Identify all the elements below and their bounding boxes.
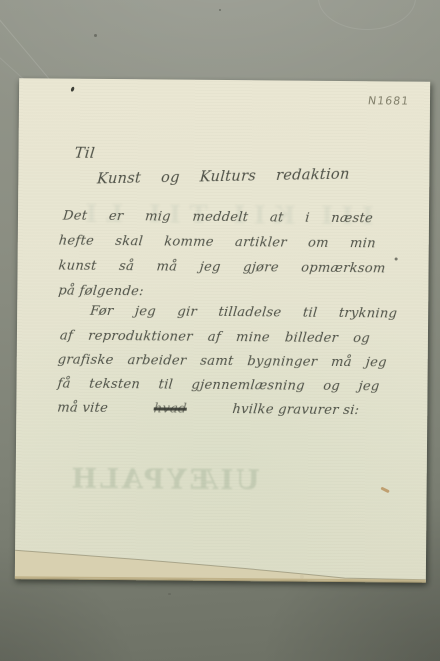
handwritten-line: kunst så må jeg gjøre opmærksom	[58, 259, 386, 277]
handwritten-letter-text: Til Kunst og Kulturs redaktion Det er mi…	[19, 78, 430, 82]
handwritten-line: Før jeg gir tilladelse til trykning	[89, 304, 397, 322]
salutation-line: Til	[74, 144, 96, 162]
rust-stain	[380, 487, 389, 494]
dust-speck	[219, 9, 221, 11]
handwritten-line: på følgende:	[58, 284, 145, 300]
background-crease	[318, 0, 416, 30]
line-segment: må vite	[57, 401, 109, 416]
line-segment: hvilke gravurer si:	[232, 402, 360, 418]
scan-background: III KII TII LI UIÆYPALH N1681 Til Kunst …	[0, 0, 440, 661]
handwritten-line: hefte skal komme artikler om min	[58, 234, 376, 252]
handwritten-line: grafiske arbeider samt bygninger må jeg	[57, 353, 387, 371]
ink-speck	[395, 257, 398, 260]
ink-speck	[70, 86, 75, 92]
handwritten-line: få teksten til gjennemlæsning og jeg	[57, 377, 380, 395]
dust-speck	[168, 593, 171, 595]
struck-word: hvad	[153, 401, 187, 416]
showthrough-mirrored-text-lower: UIÆYPALH	[22, 463, 260, 496]
recipient-line: Kunst og Kulturs redaktion	[97, 167, 351, 188]
paper-fold-crease	[15, 536, 426, 582]
letter-paper: III KII TII LI UIÆYPALH N1681 Til Kunst …	[15, 78, 430, 583]
handwritten-line: Det er mig meddelt at i næste	[62, 209, 373, 227]
dust-speck	[94, 34, 97, 37]
handwritten-line: af reproduktioner af mine billeder og	[59, 329, 370, 347]
pencil-archival-number: N1681	[367, 94, 410, 107]
handwritten-line-with-strikethrough: må vite hvad hvilke gravurer si:	[57, 401, 360, 419]
